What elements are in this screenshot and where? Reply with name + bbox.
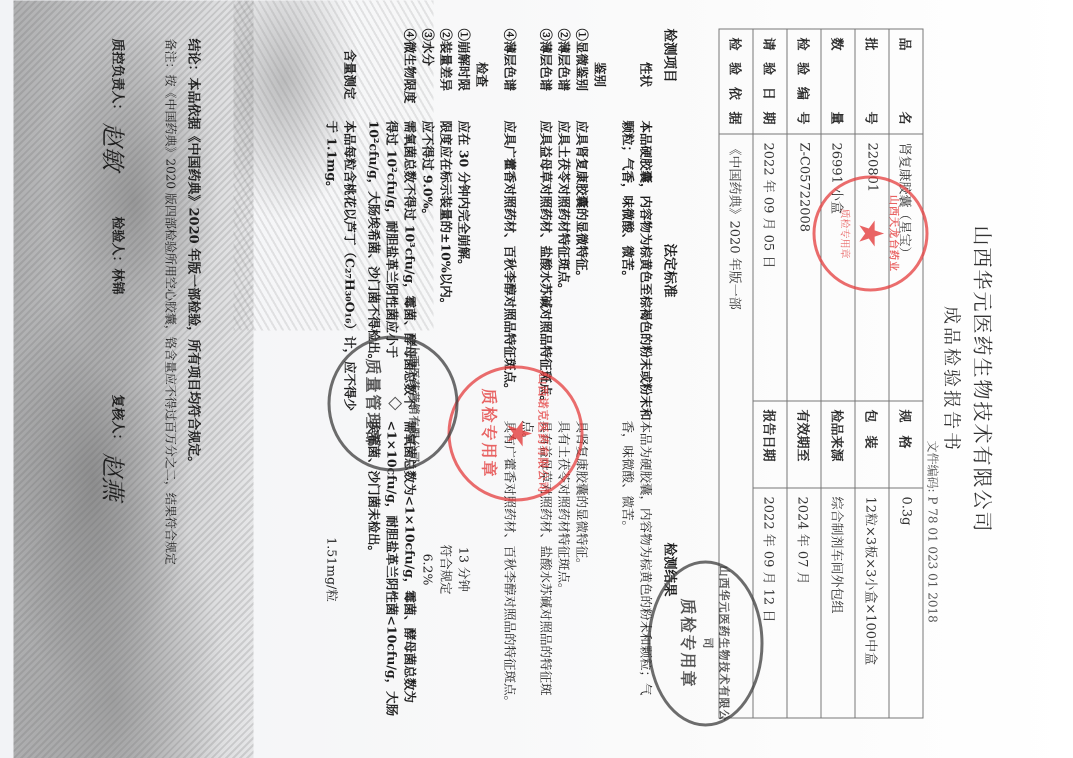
label-source: 检品来源 [821,401,855,488]
label-report-date: 报告日期 [753,401,787,488]
qc-label: 质控负责人： [93,38,128,116]
inspector-label: 检验人： [93,216,128,268]
label-request-date: 请验日期 [753,29,787,134]
result-row-properties: 性状 本品硬胶囊，内容物为棕黄色至棕褐色的粉末或粉末和颗粒；气香，味微酸、微苦。… [618,28,654,718]
section-identification: 鉴别 [590,28,618,718]
item-label: ②装量差异 [436,28,454,120]
diamond-icon: ◇ [386,396,407,410]
label-spec: 规 格 [889,401,923,488]
company-qc-stamp: 山西华元医药生物技术有限公司 质检专用章 [647,560,763,726]
item-label: ①崩解时限 [454,28,472,120]
signature-row: 质控负责人： 赵敏 检验人： 林锦 复核人： 赵燕 [93,38,128,728]
conclusion-text: 结论：本品依据《中国药典》2020 年版一部检验，所有项目均符合规定。 [181,38,203,728]
red-qc-stamp: 山西天龙台药业 ★ 质检专用章 [812,175,928,291]
item-label: ④微生物限度 [364,28,418,120]
remark-text: 备注：按《中国药典》2020 版四部检验所用空心胶囊，铬含量应不得过百万分之二，… [159,38,181,728]
result-text: 本品为硬胶囊，内容物为棕黄色的粉末和颗粒；气香，味微酸、微苦。 [618,420,654,718]
value-inspection-no: Z-C05722008 [787,134,821,401]
inspector-name: 林锦 [93,268,128,294]
table-row: 检验编号 Z-C05722008 有效期至 2024 年 07 月 [787,29,821,718]
standard-text: 应具土茯苓对照药材特征斑点。 [554,120,572,420]
item-label: ③薄层色谱 [518,28,554,120]
scan-noise [13,0,253,758]
label-product-name: 品 名 [889,29,923,134]
label-batch: 批 号 [855,29,889,134]
stamp-center-text: 质检专用章 [838,208,853,258]
result-row: ②薄层色谱 应具土茯苓对照药材特征斑点。 具有土茯苓对照药材特征斑点。 [554,28,572,718]
star-icon: ★ [853,218,887,248]
label-basis: 检验依据 [719,29,753,134]
inspection-report-page: 山西华元医药生物技术有限公司 成品检验报告书 文件编码: P 78 01 023… [0,0,1073,758]
qc-signature: 赵敏 [97,122,132,170]
value-package: 12粒×3板×3小盒×100中盒 [855,488,889,718]
label-inspection-no: 检验编号 [787,29,821,134]
section-label: 鉴别 [590,28,608,120]
result-row: ①崩解时限 应在 30 分钟内完全崩解。 13 分钟 [454,28,472,718]
standard-text: 应在 30 分钟内完全崩解。 [454,120,472,420]
result-text: 符合规定 [436,420,454,718]
star-icon: ★ [502,418,536,448]
stamp-center-text: 质量管理部 [363,358,386,448]
stamp-ring-text: 山西医药营销有限公司 [407,343,423,463]
report-title: 成品检验报告书 [939,0,965,758]
item-label: 含量测定 [322,28,358,120]
item-label: ②薄层色谱 [554,28,572,120]
pharmacy-red-stamp: 山西诺克医药有限公司 ★ 质检专用章 [447,365,583,501]
stamp-ring-text: 山西华元医药生物技术有限公司 [701,563,733,723]
company-name: 山西华元医药生物技术有限公司 [969,0,998,758]
conclusion-block: 结论：本品依据《中国药典》2020 年版一部检验，所有项目均符合规定。 备注：按… [159,38,203,728]
col-item-header: 检测项目 [660,28,678,120]
label-quantity: 数 量 [821,29,855,134]
table-row: 品 名 肾复康胶囊（星宝） 规 格 0.3g [889,29,923,718]
standard-text: 应具肾复康胶囊的显微特征。 [572,120,590,420]
reviewer-label: 复核人： [93,394,128,446]
table-row: 数 量 26991 小盒 检品来源 综合制剂车间外包组 [821,29,855,718]
value-expiry: 2024 年 07 月 [787,488,821,718]
label-expiry: 有效期至 [787,401,821,488]
file-number: 文件编码: P 78 01 023 01 2018 [924,440,941,622]
value-spec: 0.3g [889,488,923,718]
standard-text: 本品硬胶囊，内容物为棕黄色至棕褐色的粉末或粉末和颗粒；气香，味微酸、微苦。 [618,120,654,420]
result-text: 1.51mg/粒 [322,420,358,718]
table-row: 批 号 220801 包 装 12粒×3板×3小盒×100中盒 [855,29,889,718]
reviewer-signature: 赵燕 [97,452,132,500]
item-label: ①显微鉴别 [572,28,590,120]
stamp-center-text: 质检专用章 [678,598,701,688]
col-standard-header: 法定标准 [660,120,678,420]
label-package: 包 装 [855,401,889,488]
result-row: ①显微鉴别 应具肾复康胶囊的显微特征。 具肾复康胶囊的显微特征。 [572,28,590,718]
pharmacy-dark-stamp: 山西医药营销有限公司 ◇ 质量管理部 [327,335,458,471]
item-label: ③水分 [418,28,436,120]
stamp-center-text: 质检专用章 [479,388,502,478]
section-label: 检查 [472,28,490,120]
value-source: 综合制剂车间外包组 [821,488,855,718]
item-label: 性状 [618,28,654,120]
value-report-date: 2022 年 09 月 12 日 [753,488,787,718]
value-request-date: 2022 年 09 月 05 日 [753,134,787,401]
item-label: ④薄层色谱 [500,28,518,120]
